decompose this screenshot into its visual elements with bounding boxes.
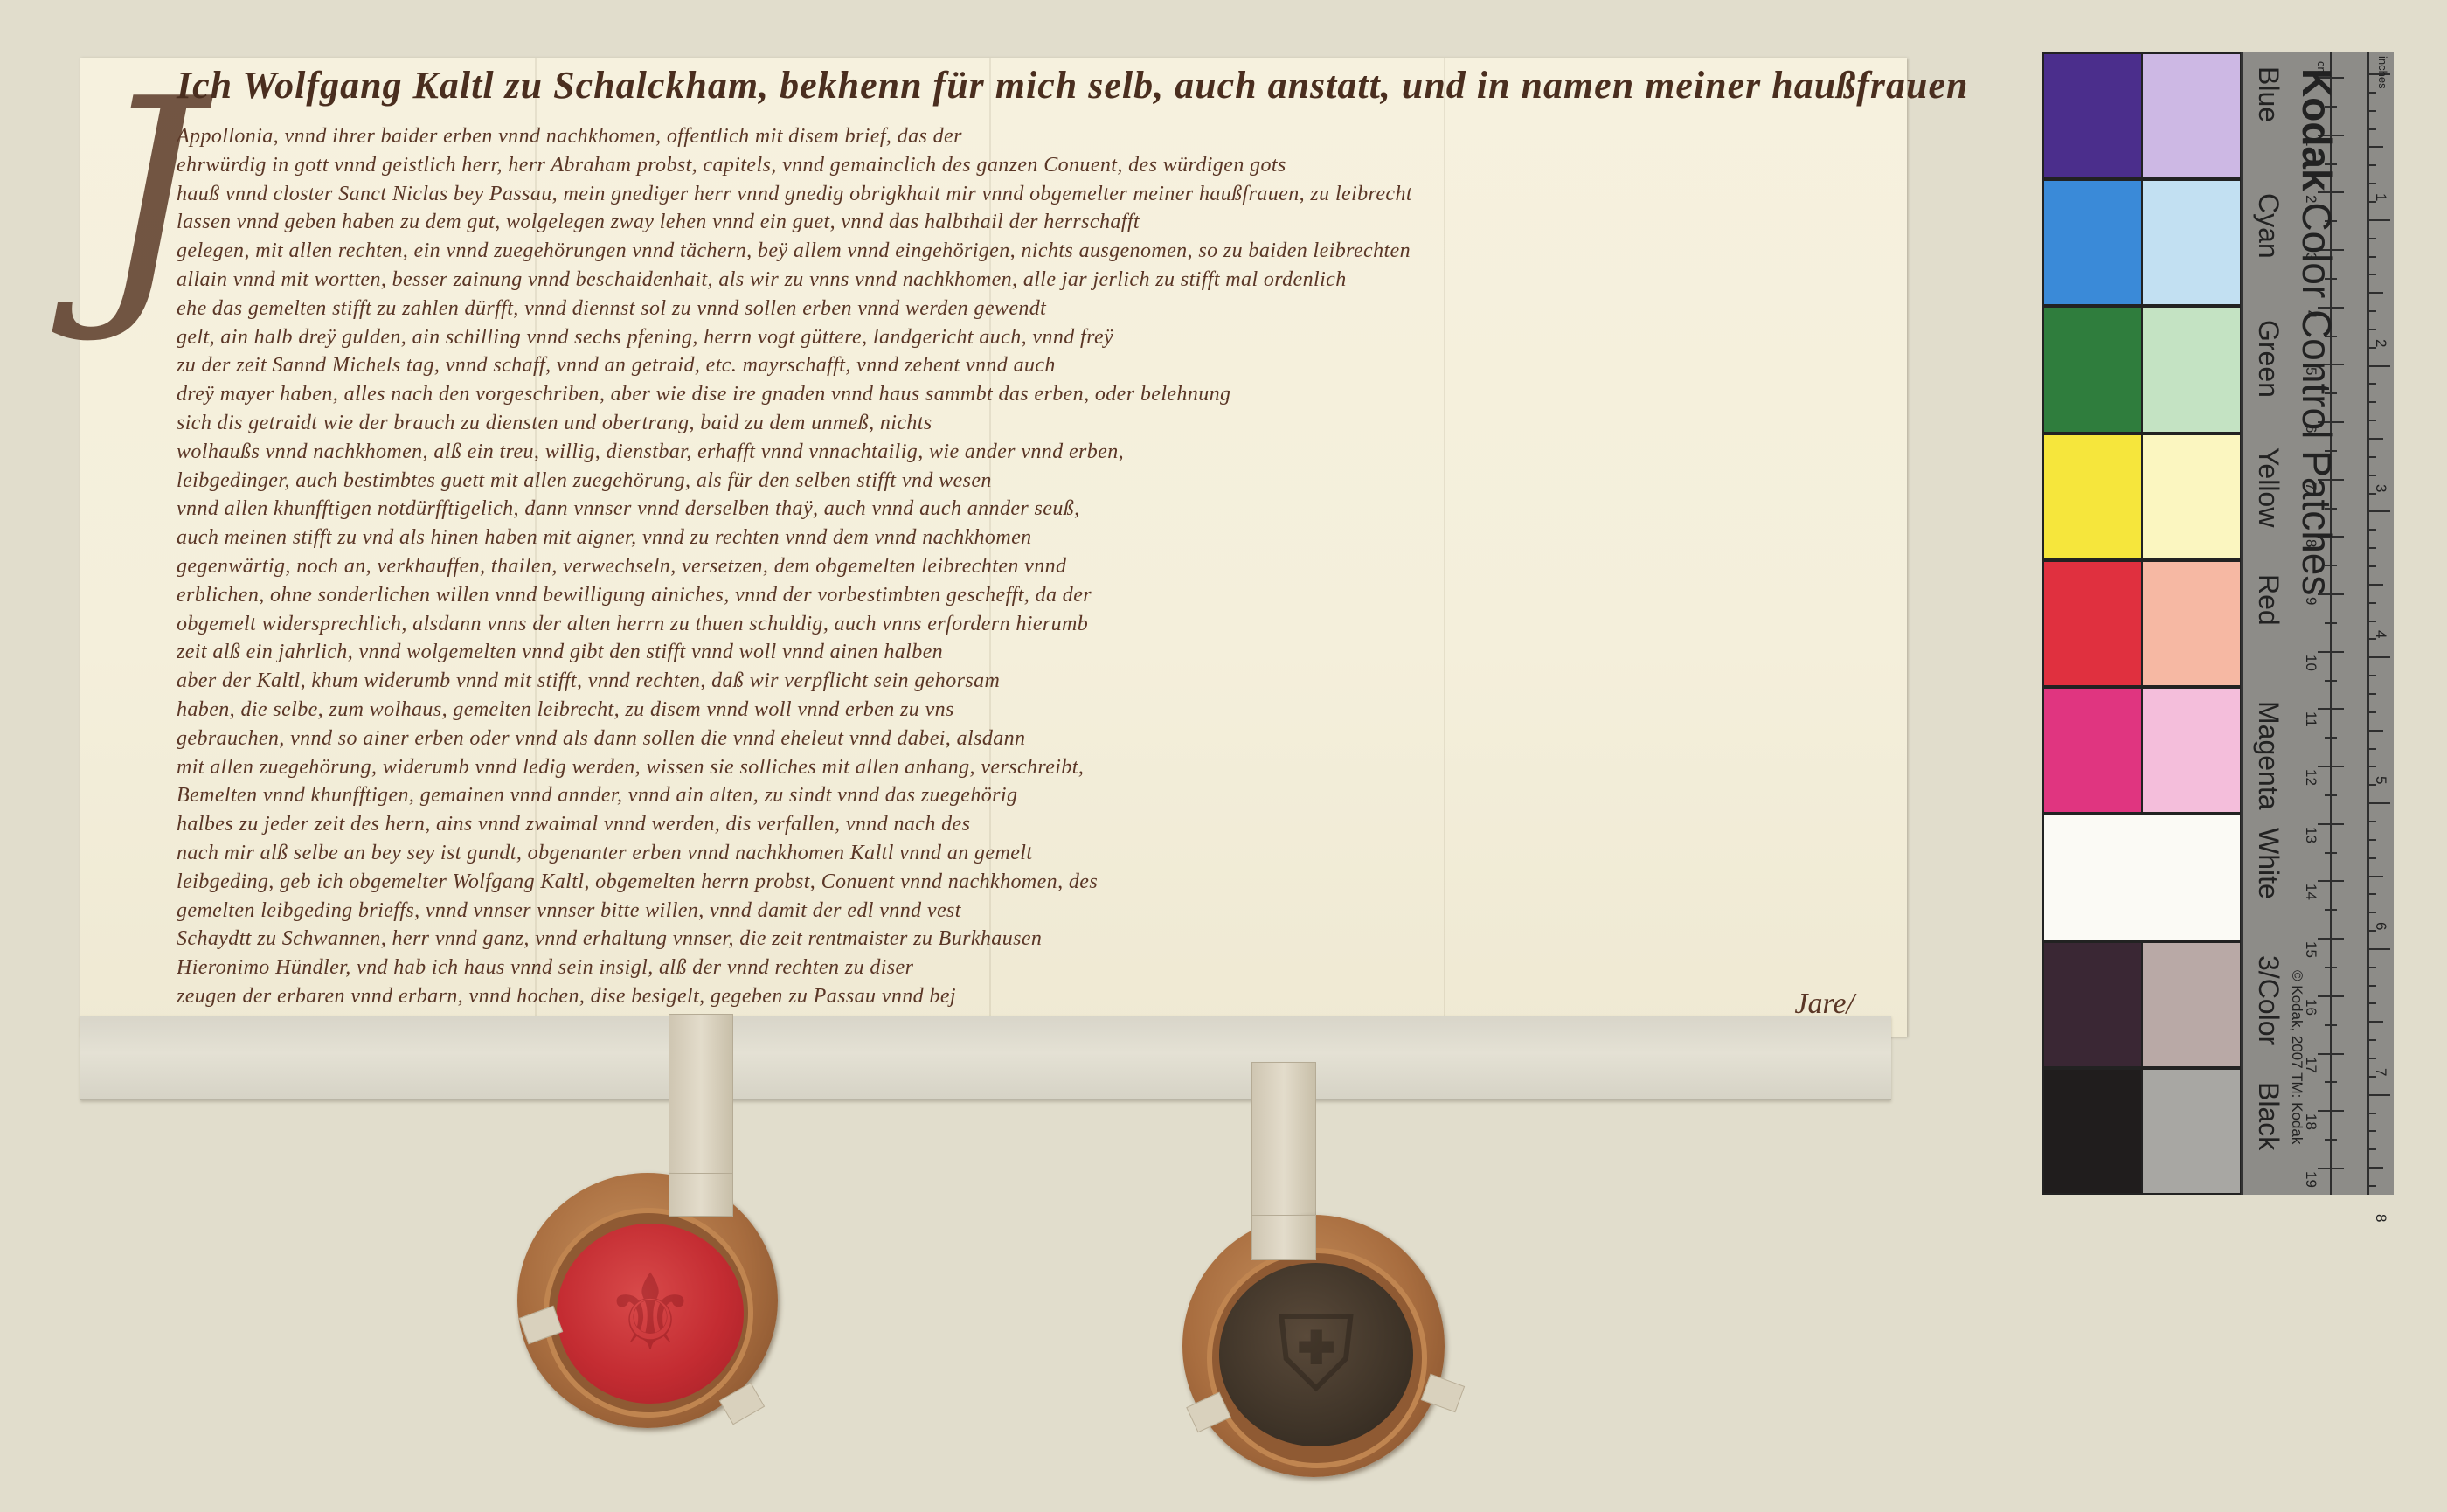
color-patch-white [2042, 814, 2242, 940]
inch-tick [2367, 821, 2376, 822]
inch-tick [2367, 529, 2376, 531]
charter-text-line: zeit alß ein jahrlich, vnnd wolgemelten … [177, 638, 1894, 667]
charter-text-line: vnnd allen khunfftigen notdürfftigelich,… [177, 495, 1894, 524]
cm-tick [2325, 1139, 2337, 1141]
inch-tick [2367, 401, 2376, 403]
inch-tick [2367, 310, 2376, 312]
inch-tick [2367, 1113, 2376, 1114]
inch-tick [2367, 238, 2376, 239]
charter-text-line: sich dis getraidt wie der brauch zu dien… [177, 409, 1894, 438]
inch-tick-label: 3 [2372, 484, 2389, 492]
plica-fold [80, 1016, 1891, 1100]
inch-tick [2367, 510, 2390, 512]
inch-ruler-line [2367, 52, 2369, 1195]
inch-tick [2367, 730, 2383, 732]
cm-tick-label: 10 [2302, 655, 2319, 671]
inch-tick [2367, 219, 2390, 221]
color-patch-3-color-dark [2042, 941, 2143, 1068]
cm-tick [2325, 794, 2337, 796]
charter-heading: Ich Wolfgang Kaltl zu Schalckham, bekhen… [177, 63, 1889, 108]
cm-tick [2318, 651, 2344, 653]
charter-text-line: leibgedinger, auch bestimbtes guett mit … [177, 467, 1894, 496]
charter-text-line: lassen vnnd geben haben zu dem gut, wolg… [177, 208, 1894, 237]
inch-tick [2367, 1167, 2383, 1169]
patch-label: Red [2252, 574, 2284, 626]
inch-tick [2367, 748, 2376, 750]
inch-tick [2367, 912, 2376, 913]
cm-tick [2318, 1168, 2344, 1169]
inch-tick [2367, 621, 2376, 622]
seal-wax-dark: ⛨ [1219, 1263, 1413, 1446]
cm-unit-label: cm [2315, 61, 2328, 76]
charter-text-line: erblichen, ohne sonderlichen willen vnnd… [177, 581, 1894, 610]
inch-tick [2367, 693, 2376, 695]
color-patch-blue-light [2141, 52, 2242, 179]
charter-text-line: gegenwärtig, noch an, verkhauffen, thail… [177, 552, 1894, 581]
patch-label: Cyan [2252, 193, 2284, 259]
cm-tick [2318, 766, 2344, 767]
inch-tick [2367, 164, 2376, 166]
cm-tick [2325, 967, 2337, 968]
cm-tick-label: 14 [2302, 884, 2319, 900]
chart-gray-strip: 1234567891011121314151617181912345678 Ko… [2241, 52, 2394, 1195]
inch-tick [2367, 839, 2376, 841]
inch-tick-label: 1 [2372, 193, 2389, 201]
cm-tick-label: 11 [2302, 711, 2319, 727]
charter-text-line: Bemelten vnnd khunfftigen, gemainen vnnd… [177, 781, 1894, 810]
patch-label: Green [2252, 320, 2284, 398]
cm-tick [2318, 1110, 2344, 1112]
charter-text-line: gebrauchen, vnnd so ainer erben oder vnn… [177, 725, 1894, 753]
seal-strap [669, 1173, 733, 1217]
inch-unit-label: inches [2376, 56, 2389, 89]
inch-tick [2367, 420, 2376, 421]
color-patch-black-dark [2042, 1068, 2143, 1195]
inch-tick [2367, 475, 2376, 476]
inch-tick [2367, 128, 2376, 130]
charter-text-line: zu der zeit Sannd Michels tag, vnnd scha… [177, 351, 1894, 380]
charter-parchment: J Ich Wolfgang Kaltl zu Schalckham, bekh… [80, 58, 1907, 1037]
inch-tick [2367, 383, 2376, 385]
charter-text-line: nach mir alß selbe an bey sey ist gundt,… [177, 839, 1894, 868]
coat-of-arms-icon: ⛨ [1277, 1302, 1355, 1407]
charter-text-line: gelegen, mit allen rechten, ein vnnd zue… [177, 237, 1894, 266]
patch-label: Magenta [2252, 701, 2284, 810]
inch-tick [2367, 602, 2376, 604]
charter-text-line: obgemelt widersprechlich, alsdann vnns d… [177, 610, 1894, 639]
inch-tick [2367, 365, 2390, 367]
charter-text-line: Schaydtt zu Schwannen, herr vnnd ganz, v… [177, 925, 1894, 954]
inch-tick [2367, 547, 2376, 549]
charter-text-line: gelt, ain halb dreÿ gulden, ain schillin… [177, 323, 1894, 352]
inch-tick [2367, 784, 2376, 786]
inch-tick-label: 8 [2372, 1214, 2389, 1222]
inch-tick [2367, 256, 2376, 258]
color-patch-cyan-light [2141, 179, 2242, 306]
inch-tick [2367, 656, 2390, 658]
cm-tick-label: 12 [2302, 769, 2319, 786]
color-patch-black-light [2141, 1068, 2242, 1195]
cm-tick [2318, 938, 2344, 940]
inch-tick [2367, 893, 2376, 895]
cm-tick-label: 9 [2302, 597, 2319, 605]
color-patch-magenta-dark [2042, 687, 2143, 814]
color-patch-green-dark [2042, 306, 2143, 433]
inch-tick [2367, 92, 2376, 94]
inch-tick [2367, 1185, 2376, 1187]
cm-tick [2325, 909, 2337, 911]
kodak-color-control-chart: 1234567891011121314151617181912345678 Ko… [2042, 52, 2392, 1195]
inch-tick [2367, 146, 2383, 148]
charter-text-line: mit allen zuegehörung, widerumb vnnd led… [177, 753, 1894, 782]
charter-text-line: ehe das gemelten stifft zu zahlen dürfft… [177, 295, 1894, 323]
charter-text-line: ehrwürdig in gott vnnd geistlich herr, h… [177, 151, 1894, 180]
seal-strap [1251, 1062, 1316, 1238]
inch-tick [2367, 274, 2376, 275]
inch-tick [2367, 1148, 2376, 1150]
charter-text-line: zeugen der erbaren vnnd erbarn, vnnd hoc… [177, 982, 1894, 1011]
patch-label: Black [2252, 1082, 2284, 1150]
inch-tick [2367, 1039, 2376, 1041]
inch-tick-label: 6 [2372, 922, 2389, 930]
color-patch-magenta-light [2141, 687, 2242, 814]
cm-tick [2318, 995, 2344, 997]
cm-tick [2325, 1024, 2337, 1026]
inch-tick-label: 7 [2372, 1068, 2389, 1076]
color-patch-yellow-light [2141, 433, 2242, 560]
charter-text-line: haben, die selbe, zum wolhaus, gemelten … [177, 696, 1894, 725]
inch-tick [2367, 292, 2383, 294]
color-patch-yellow-dark [2042, 433, 2143, 560]
cm-tick [2318, 823, 2344, 825]
inch-tick [2367, 985, 2376, 987]
cm-tick [2325, 680, 2337, 682]
charter-text-line: auch meinen stifft zu vnd als hinen habe… [177, 524, 1894, 552]
inch-tick-label: 2 [2372, 339, 2389, 347]
inch-tick [2367, 329, 2376, 330]
charter-text-line: hauß vnnd closter Sanct Niclas bey Passa… [177, 180, 1894, 209]
color-patch-blue-dark [2042, 52, 2143, 179]
cm-tick-label: 15 [2302, 941, 2319, 958]
patch-label: Blue [2252, 66, 2284, 122]
charter-text-line: Appollonia, vnnd ihrer baider erben vnnd… [177, 122, 1894, 151]
charter-text-line: dreÿ mayer haben, alles nach den vorgesc… [177, 380, 1894, 409]
inch-tick [2367, 110, 2376, 112]
color-patch-red-dark [2042, 560, 2143, 687]
inch-tick [2367, 493, 2376, 495]
inch-tick [2367, 857, 2376, 859]
color-patch-cyan-dark [2042, 179, 2143, 306]
cm-tick [2318, 880, 2344, 882]
patch-label: White [2252, 828, 2284, 899]
cm-tick-label: 19 [2302, 1171, 2319, 1188]
cm-tick [2325, 622, 2337, 624]
inch-tick-label: 5 [2372, 776, 2389, 784]
inch-tick [2367, 948, 2390, 950]
inch-tick [2367, 638, 2376, 640]
charter-text-line: gemelten leibgeding brieffs, vnnd vnnser… [177, 897, 1894, 926]
seal-strap [1251, 1215, 1316, 1260]
cm-tick [2318, 708, 2344, 710]
heraldic-emblem-icon: ⚜ [603, 1261, 697, 1366]
inch-tick-label: 4 [2372, 630, 2389, 638]
chart-brand: Kodak Color Control Patches [2293, 68, 2340, 595]
charter-text-line: aber der Kaltl, khum widerumb vnnd mit s… [177, 667, 1894, 696]
charter-body-text: Appollonia, vnnd ihrer baider erben vnnd… [177, 122, 1894, 1040]
charter-text-line: wolhaußs vnnd nachkhomen, alß ein treu, … [177, 438, 1894, 467]
inch-tick [2367, 967, 2376, 968]
inch-tick [2367, 584, 2383, 586]
charter-text-line: leibgeding, geb ich obgemelter Wolfgang … [177, 868, 1894, 897]
inch-tick [2367, 183, 2376, 184]
charter-text-line: allain vnnd mit wortten, besser zainung … [177, 266, 1894, 295]
inch-tick [2367, 565, 2376, 567]
inch-tick [2367, 1021, 2383, 1023]
cm-tick [2318, 1053, 2344, 1055]
charter-text-line: halbes zu jeder zeit des hern, ains vnnd… [177, 810, 1894, 839]
cm-tick [2325, 737, 2337, 739]
patch-label: Yellow [2252, 447, 2284, 527]
cm-tick-label: 13 [2302, 827, 2319, 843]
inch-tick [2367, 802, 2390, 804]
inch-tick [2367, 675, 2376, 676]
color-patch-3-color-light [2141, 941, 2242, 1068]
chart-copyright: © Kodak, 2007 TM: Kodak [2288, 970, 2305, 1144]
inch-tick [2367, 1130, 2376, 1132]
inch-tick [2367, 711, 2376, 713]
inch-tick [2367, 766, 2376, 767]
inch-tick [2367, 1002, 2376, 1004]
inch-tick [2367, 1058, 2376, 1059]
patch-label: 3/Color [2252, 955, 2284, 1045]
seal-wax-red: ⚜ [557, 1224, 744, 1404]
color-patch-red-light [2141, 560, 2242, 687]
cm-tick [2325, 852, 2337, 854]
cm-tick [2325, 1081, 2337, 1083]
inch-tick [2367, 1094, 2390, 1096]
inch-tick [2367, 876, 2383, 877]
charter-text-line: Hieronimo Hündler, vnd hab ich haus vnnd… [177, 954, 1894, 982]
inch-tick [2367, 438, 2383, 440]
inch-tick [2367, 456, 2376, 458]
color-patch-green-light [2141, 306, 2242, 433]
